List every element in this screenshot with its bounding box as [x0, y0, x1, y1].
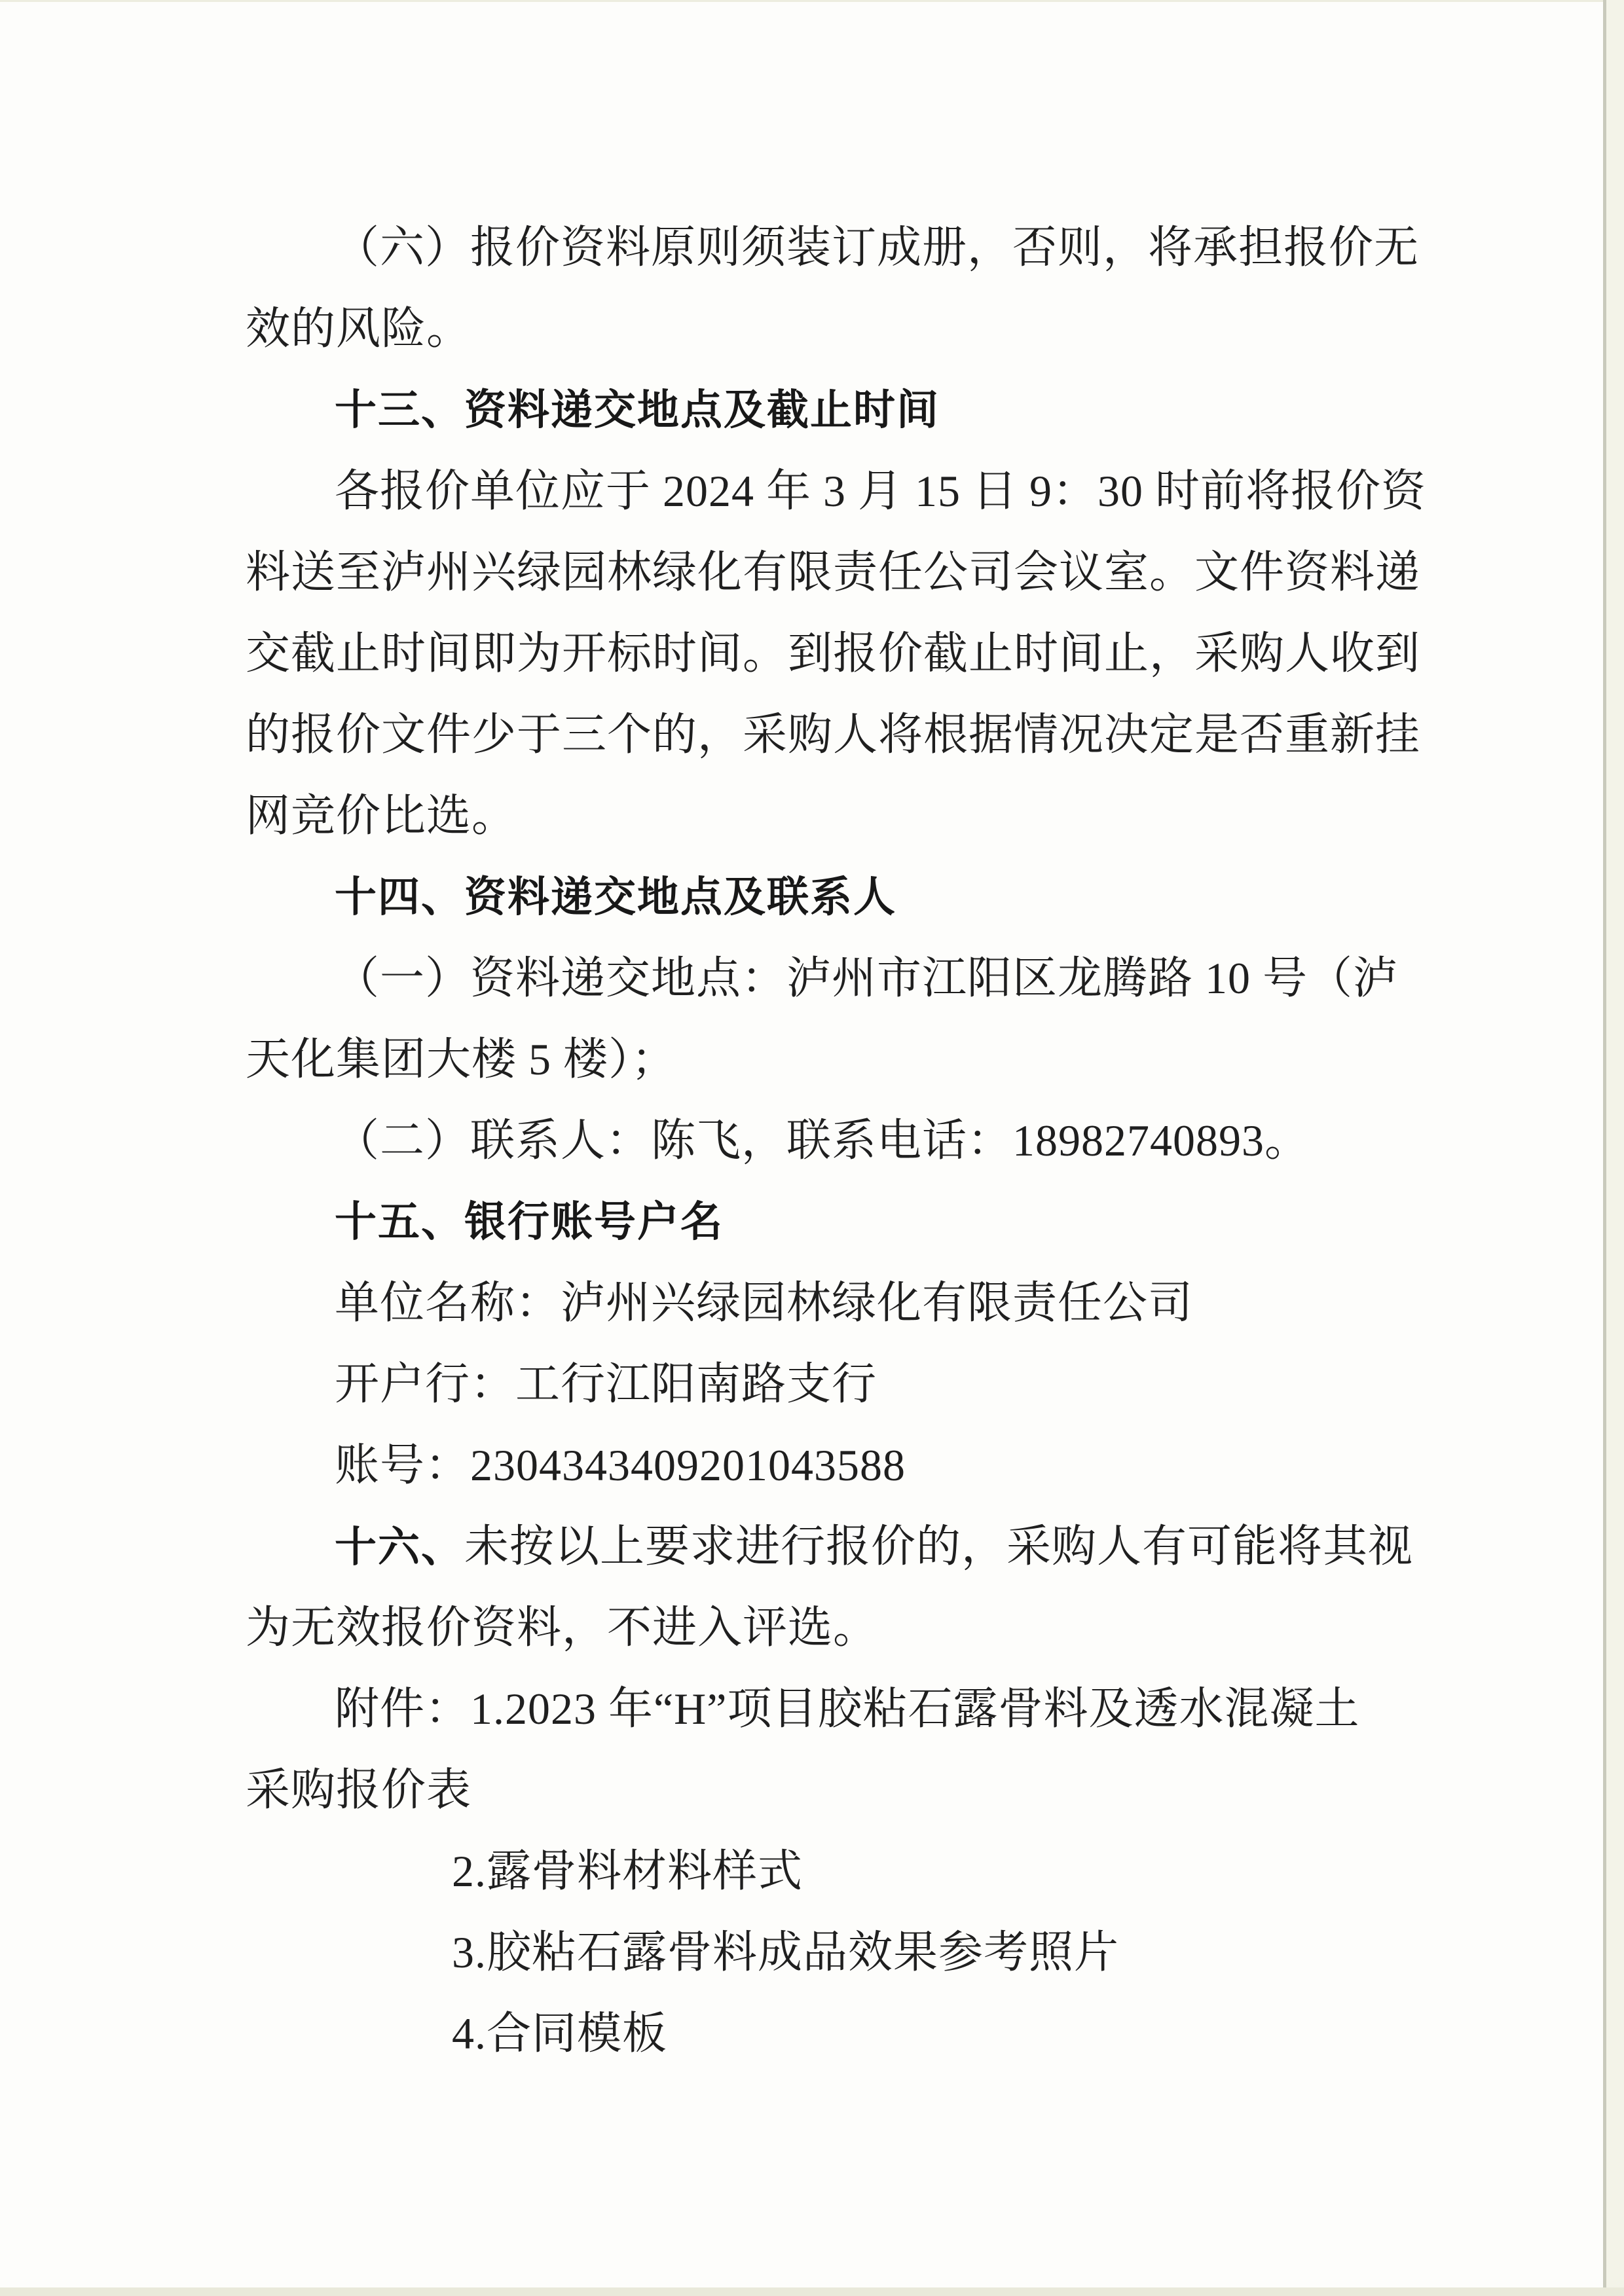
document-page: （六）报价资料原则须装订成册，否则，将承担报价无效的风险。十三、资料递交地点及截… — [0, 0, 1624, 2296]
text-line: 料送至泸州兴绿园林绿化有限责任公司会议室。文件资料递 — [246, 532, 1388, 613]
page-bottom-edge — [0, 2287, 1624, 2296]
text-line: 网竞价比选。 — [246, 775, 1388, 856]
text-line: 的报价文件少于三个的，采购人将根据情况决定是否重新挂 — [246, 694, 1388, 775]
text-line: （一）资料递交地点：泸州市江阳区龙腾路 10 号（泸 — [246, 938, 1388, 1019]
text-line: 天化集团大楼 5 楼）； — [246, 1019, 1388, 1100]
text-line: （六）报价资料原则须装订成册，否则，将承担报价无 — [246, 207, 1388, 288]
section-heading: 十五、银行账号户名 — [246, 1181, 1388, 1262]
text-line: 附件：1.2023 年“H”项目胶粘石露骨料及透水混凝土 — [246, 1668, 1388, 1749]
text-line-body: 未按以上要求进行报价的，采购人有可能将其视 — [464, 1522, 1413, 1571]
text-line: 交截止时间即为开标时间。到报价截止时间止，采购人收到 — [246, 613, 1388, 694]
text-line: 3.胶粘石露骨料成品效果参考照片 — [246, 1912, 1388, 1993]
text-line: 为无效报价资料，不进入评选。 — [246, 1587, 1388, 1668]
page-top-edge — [0, 0, 1624, 2]
text-line: 效的风险。 — [246, 288, 1388, 369]
document-text-block: （六）报价资料原则须装订成册，否则，将承担报价无效的风险。十三、资料递交地点及截… — [246, 207, 1388, 2074]
text-line: 十六、未按以上要求进行报价的，采购人有可能将其视 — [246, 1506, 1388, 1587]
text-line: 采购报价表 — [246, 1749, 1388, 1831]
text-line: 2.露骨料材料样式 — [246, 1831, 1388, 1912]
text-line: 4.合同模板 — [246, 1993, 1388, 2074]
text-line: 开户行：工行江阳南路支行 — [246, 1343, 1388, 1425]
section-heading: 十四、资料递交地点及联系人 — [246, 856, 1388, 938]
section-number-prefix: 十六、 — [335, 1523, 464, 1571]
page-right-margin-strip — [1606, 0, 1624, 2296]
text-line: （二）联系人：陈飞，联系电话：18982740893。 — [246, 1100, 1388, 1181]
text-line: 各报价单位应于 2024 年 3 月 15 日 9：30 时前将报价资 — [246, 450, 1388, 532]
section-heading: 十三、资料递交地点及截止时间 — [246, 369, 1388, 450]
text-line: 账号：2304343409201043588 — [246, 1425, 1388, 1506]
text-line: 单位名称：泸州兴绿园林绿化有限责任公司 — [246, 1262, 1388, 1343]
